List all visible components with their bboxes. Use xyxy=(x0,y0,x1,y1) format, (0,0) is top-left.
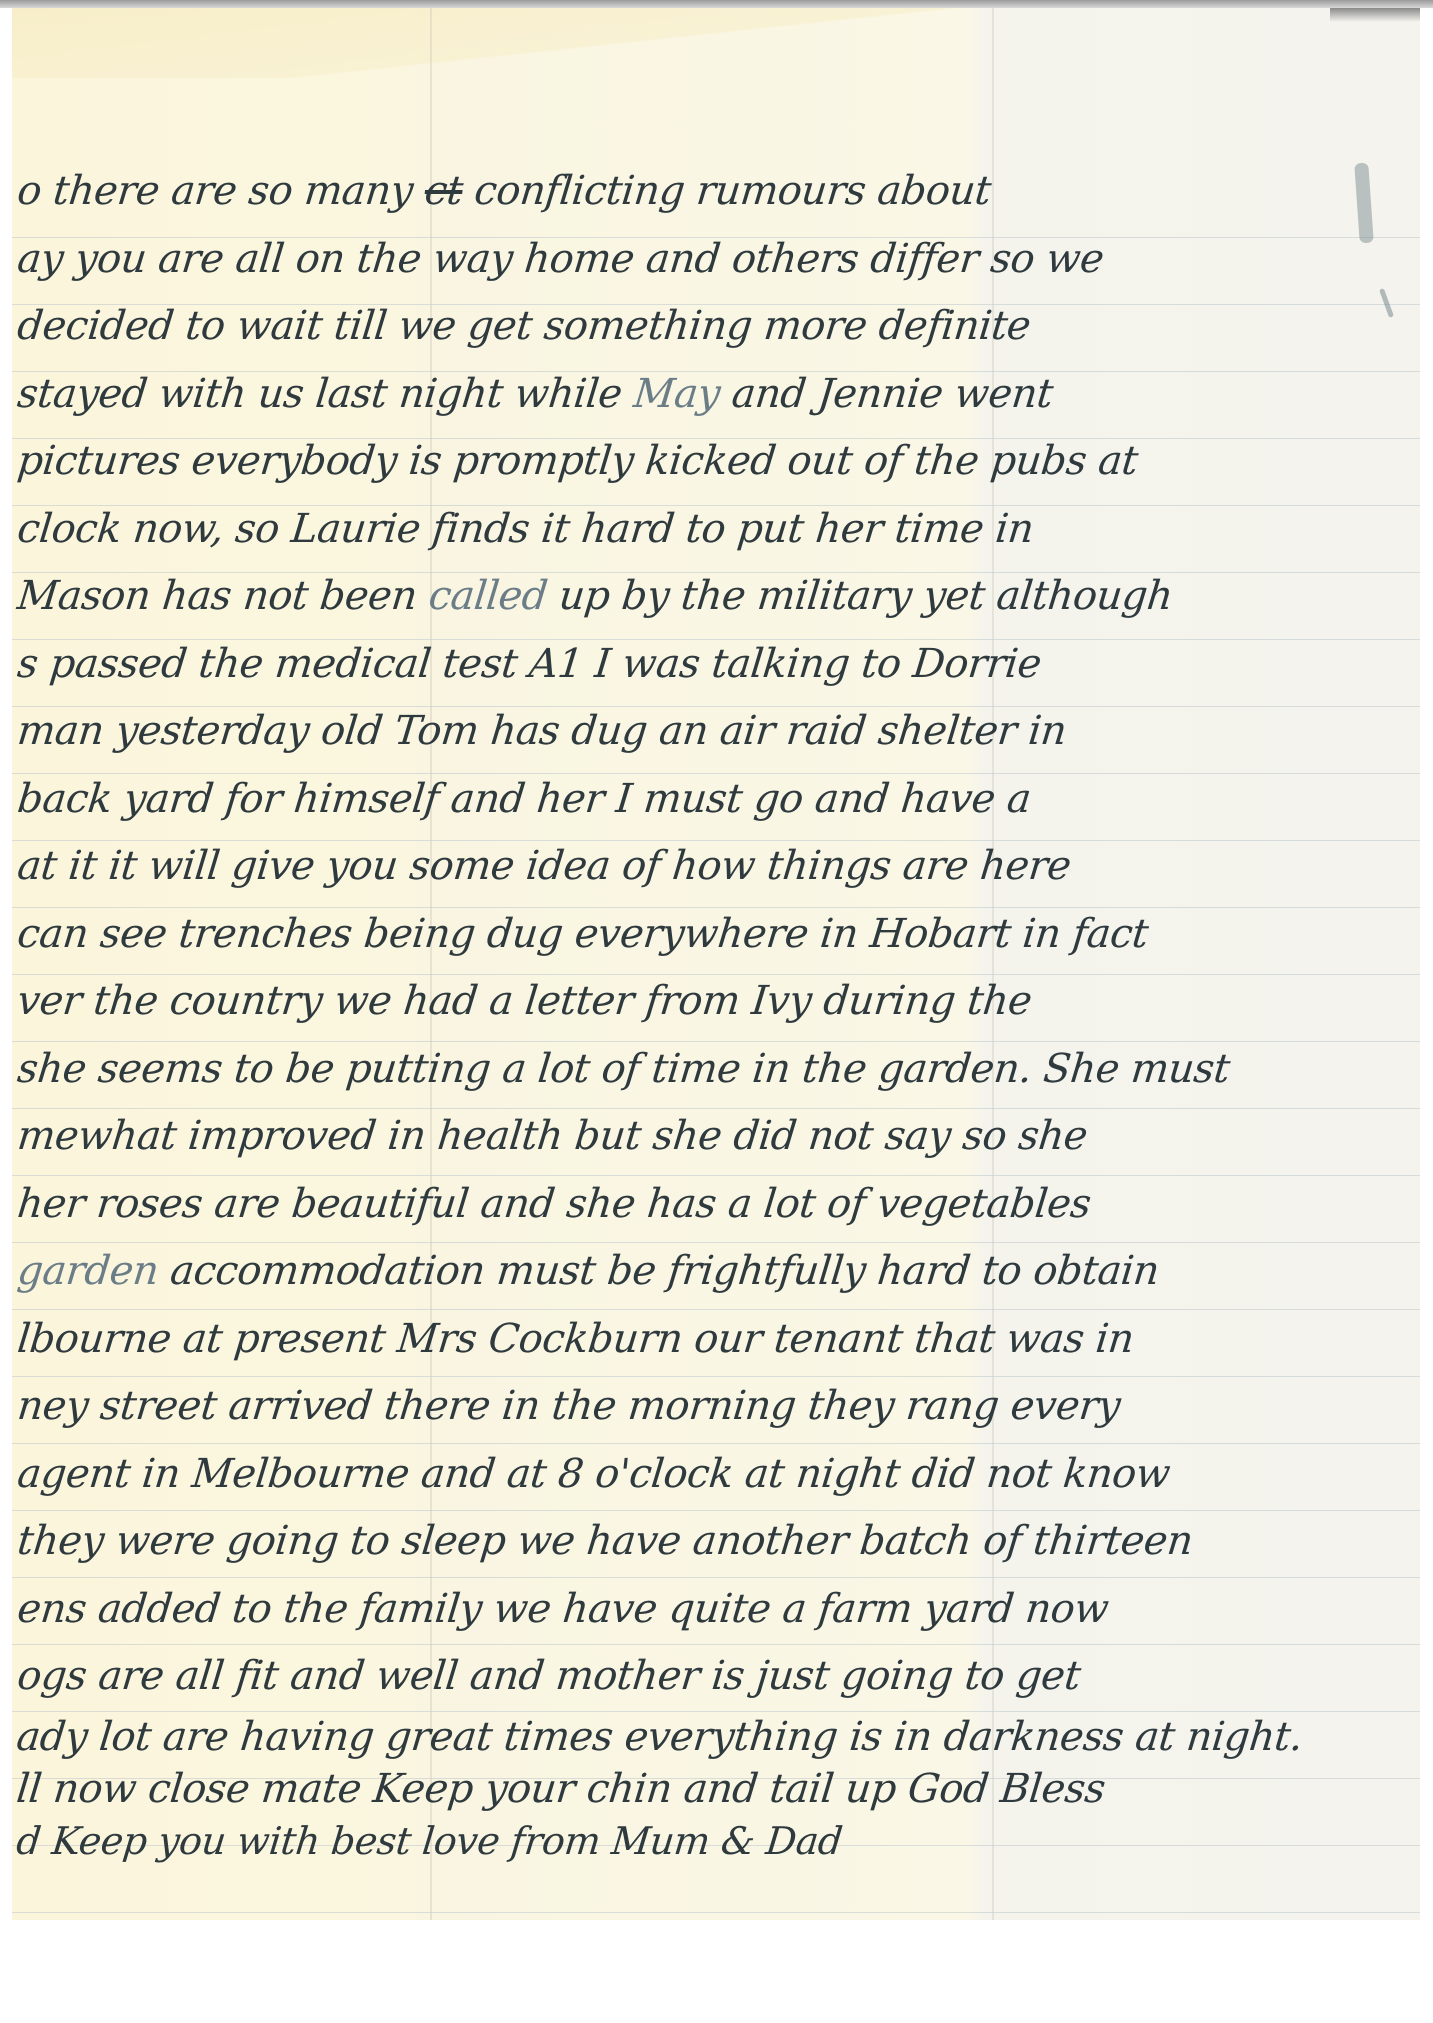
letter-line: garden accommodation must be frightfully… xyxy=(12,1238,1420,1306)
letter-paper: o there are so many ct conflicting rumou… xyxy=(12,8,1420,1920)
letter-line: back yard for himself and her I must go … xyxy=(12,766,1420,834)
letter-line: ogs are all fit and well and mother is j… xyxy=(12,1643,1420,1711)
letter-line: lbourne at present Mrs Cockburn our tena… xyxy=(12,1306,1420,1374)
letter-line: ver the country we had a letter from Ivy… xyxy=(12,968,1420,1036)
letter-line: decided to wait till we get something mo… xyxy=(12,293,1420,361)
letter-line: can see trenches being dug everywhere in… xyxy=(12,901,1420,969)
struck-out-word: ct xyxy=(423,168,465,214)
letter-line: ney street arrived there in the morning … xyxy=(12,1373,1420,1441)
letter-line: ady lot are having great times everythin… xyxy=(12,1711,1420,1763)
paper-tear-stain xyxy=(12,8,1420,78)
corner-shadow xyxy=(1330,8,1420,22)
letter-line: Mason has not been called up by the mili… xyxy=(12,563,1420,631)
letter-closing-line: ll now close mate Keep your chin and tai… xyxy=(12,1763,1420,1815)
letter-line: her roses are beautiful and she has a lo… xyxy=(12,1171,1420,1239)
faded-word: May xyxy=(631,371,722,417)
letter-line: agent in Melbourne and at 8 o'clock at n… xyxy=(12,1441,1420,1509)
letter-line: ens added to the family we have quite a … xyxy=(12,1576,1420,1644)
letter-line: mewhat improved in health but she did no… xyxy=(12,1103,1420,1171)
letter-line: stayed with us last night while May and … xyxy=(12,361,1420,429)
scanner-edge-shadow xyxy=(0,0,1433,8)
faded-word: called xyxy=(427,573,550,619)
letter-line: o there are so many ct conflicting rumou… xyxy=(12,158,1420,226)
letter-line: s passed the medical test A1 I was talki… xyxy=(12,631,1420,699)
letter-line: they were going to sleep we have another… xyxy=(12,1508,1420,1576)
letter-line: pictures everybody is promptly kicked ou… xyxy=(12,428,1420,496)
letter-line: ay you are all on the way home and other… xyxy=(12,226,1420,294)
letter-body: o there are so many ct conflicting rumou… xyxy=(12,158,1420,1867)
letter-signature: d Keep you with best love from Mum & Dad xyxy=(12,1815,1420,1867)
letter-line: she seems to be putting a lot of time in… xyxy=(12,1036,1420,1104)
letter-line: clock now, so Laurie finds it hard to pu… xyxy=(12,496,1420,564)
faded-word: garden xyxy=(15,1248,160,1294)
letter-line: at it it will give you some idea of how … xyxy=(12,833,1420,901)
letter-line: man yesterday old Tom has dug an air rai… xyxy=(12,698,1420,766)
